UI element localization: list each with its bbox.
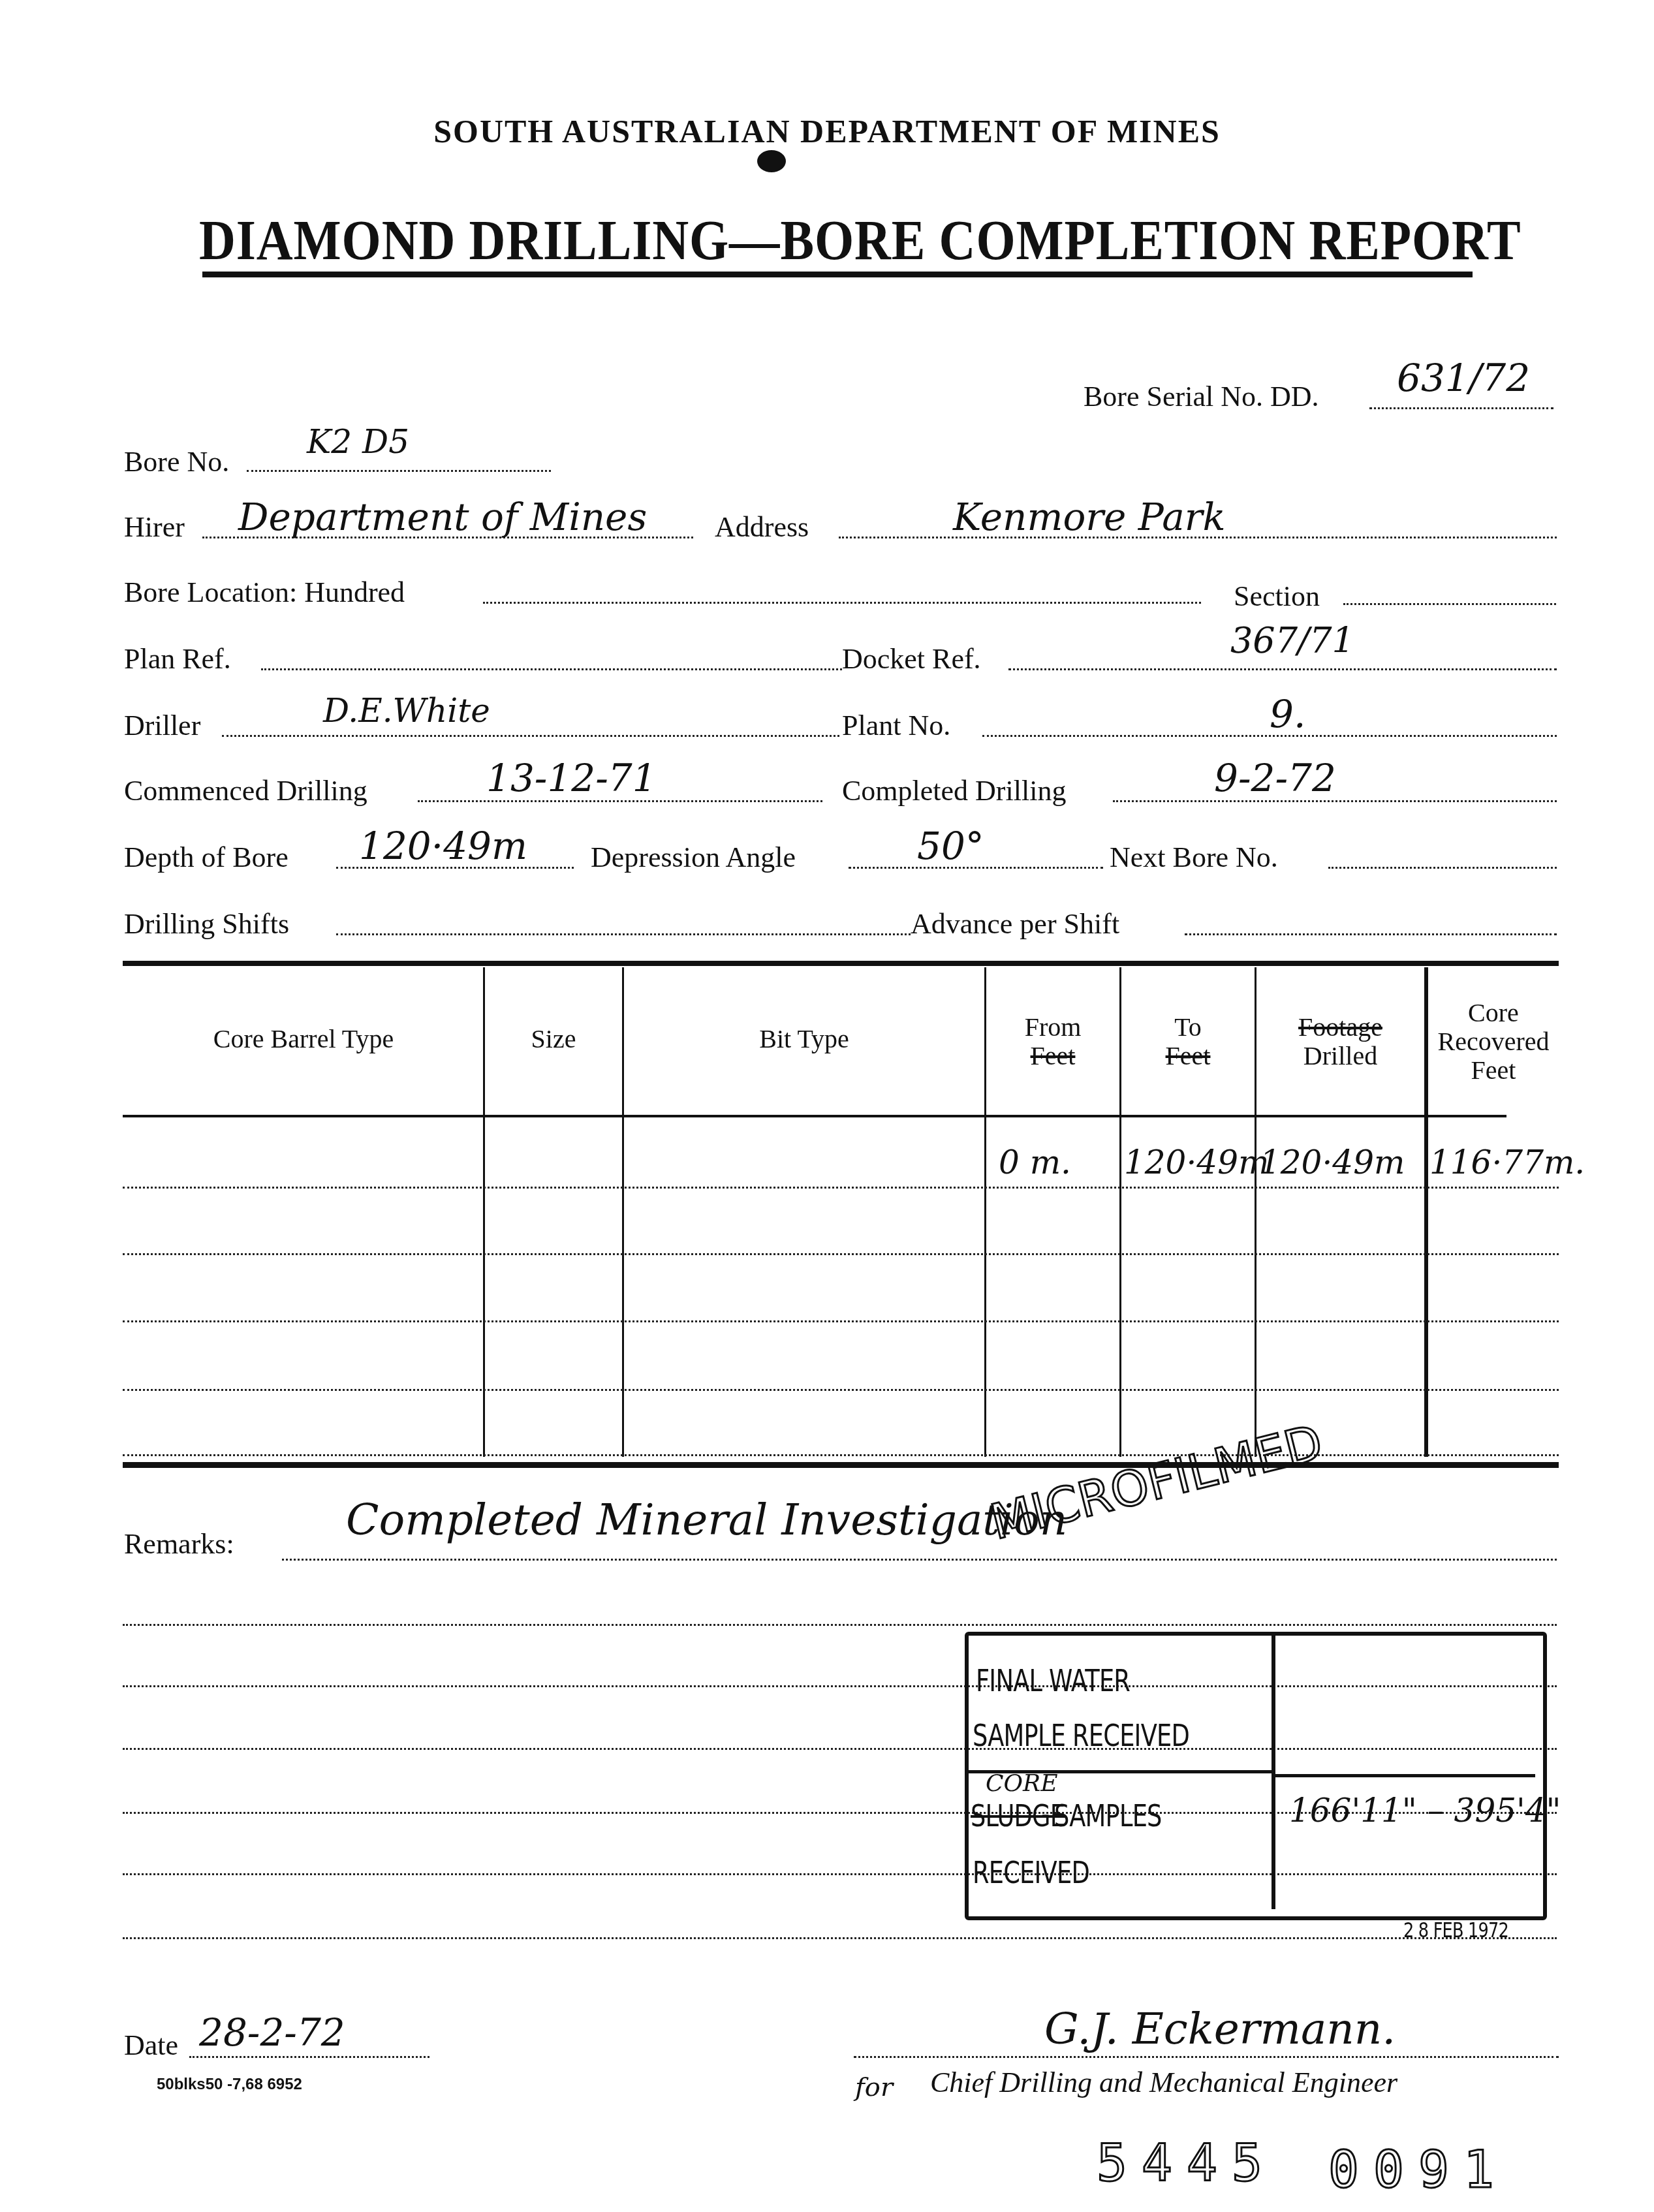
stamp-struck-sludge: SLUDGE bbox=[971, 1798, 1065, 1833]
header-from-line2-struck: Feet bbox=[986, 1042, 1119, 1070]
bore-location-label: Bore Location: Hundred bbox=[124, 576, 405, 609]
stamp-final-water: FINAL WATER bbox=[976, 1663, 1130, 1698]
docket-ref-label: Docket Ref. bbox=[842, 642, 981, 676]
header-core-barrel-type: Core Barrel Type bbox=[124, 1025, 483, 1053]
table-row-line-5 bbox=[123, 1454, 1559, 1456]
stamp-sample-received: SAMPLE RECEIVED bbox=[973, 1718, 1189, 1753]
commenced-value[interactable]: 13-12-71 bbox=[486, 756, 657, 800]
next-bore-line bbox=[1328, 867, 1557, 869]
hirer-value[interactable]: Department of Mines bbox=[238, 495, 647, 539]
row1-core-recovered[interactable]: 116·77m. bbox=[1429, 1144, 1585, 1181]
stamp-divider bbox=[1272, 1635, 1275, 1909]
plant-no-label: Plant No. bbox=[842, 709, 950, 742]
signatory-title: Chief Drilling and Mechanical Engineer bbox=[930, 2066, 1397, 2099]
next-bore-label: Next Bore No. bbox=[1110, 841, 1278, 874]
completed-label: Completed Drilling bbox=[842, 774, 1066, 807]
table-row-line-3 bbox=[123, 1320, 1559, 1322]
hirer-label: Hirer bbox=[124, 510, 185, 544]
row1-drilled[interactable]: 120·49m bbox=[1260, 1144, 1405, 1181]
depth-value[interactable]: 120·49m bbox=[359, 824, 527, 868]
department-heading: SOUTH AUSTRALIAN DEPARTMENT OF MINES bbox=[0, 112, 1654, 150]
docket-ref-value[interactable]: 367/71 bbox=[1230, 620, 1354, 661]
drilling-shifts-line bbox=[336, 933, 911, 935]
section-label: Section bbox=[1234, 580, 1320, 613]
bore-no-label: Bore No. bbox=[124, 445, 229, 478]
table-row-line-4 bbox=[123, 1389, 1559, 1391]
remarks-line-7 bbox=[123, 1937, 1557, 1939]
section-line bbox=[1343, 603, 1556, 605]
driller-line bbox=[222, 735, 839, 737]
remarks-line-2 bbox=[123, 1624, 1557, 1626]
bore-serial-line bbox=[1369, 407, 1553, 409]
stamp-received: RECEIVED bbox=[973, 1855, 1089, 1890]
driller-label: Driller bbox=[124, 709, 200, 742]
bore-serial-value[interactable]: 631/72 bbox=[1397, 356, 1530, 400]
completed-line bbox=[1113, 800, 1557, 802]
header-from-line1: From bbox=[986, 1013, 1119, 1042]
header-size: Size bbox=[485, 1025, 622, 1053]
address-label: Address bbox=[715, 510, 809, 544]
remarks-line-1 bbox=[282, 1559, 1557, 1561]
header-drilled-line1-struck: Footage bbox=[1256, 1013, 1424, 1042]
commenced-label: Commenced Drilling bbox=[124, 774, 367, 807]
row1-from[interactable]: 0 m. bbox=[999, 1144, 1071, 1181]
signature: G.J. Eckermann. bbox=[1044, 2004, 1396, 2054]
date-value[interactable]: 28-2-72 bbox=[199, 2010, 345, 2055]
print-code: 50blks50 -7,68 6952 bbox=[157, 2076, 302, 2094]
bore-no-value[interactable]: K2 D5 bbox=[307, 423, 409, 461]
title-underline bbox=[202, 272, 1473, 277]
table-row-line-1 bbox=[123, 1187, 1559, 1189]
depression-angle-value[interactable]: 50° bbox=[917, 824, 984, 868]
plan-ref-line bbox=[261, 668, 842, 670]
header-core-recovered: Core Recovered Feet bbox=[1428, 999, 1559, 1085]
header-row-rule bbox=[123, 1115, 1506, 1117]
address-value[interactable]: Kenmore Park bbox=[953, 495, 1226, 539]
header-to-line2-struck: Feet bbox=[1121, 1042, 1255, 1070]
reference-number-2: 0091 bbox=[1328, 2141, 1508, 2200]
depression-angle-label: Depression Angle bbox=[591, 841, 796, 874]
header-from: From Feet bbox=[986, 1013, 1119, 1070]
row1-to[interactable]: 120·49m bbox=[1124, 1144, 1269, 1181]
header-to-line1: To bbox=[1121, 1013, 1255, 1042]
ink-blot bbox=[757, 150, 786, 172]
header-core-line1: Core bbox=[1428, 999, 1559, 1027]
header-bit-type: Bit Type bbox=[624, 1025, 984, 1053]
stamp-core-range[interactable]: 166'11" – 395'4" bbox=[1289, 1792, 1561, 1830]
bore-no-line bbox=[247, 470, 551, 472]
table-bottom-rule bbox=[123, 1462, 1559, 1468]
advance-per-shift-line bbox=[1185, 933, 1557, 935]
driller-value[interactable]: D.E.White bbox=[323, 692, 490, 730]
date-line bbox=[189, 2056, 429, 2058]
docket-ref-line bbox=[1008, 668, 1557, 670]
depth-label: Depth of Bore bbox=[124, 841, 289, 874]
plant-no-value[interactable]: 9. bbox=[1270, 692, 1305, 736]
completed-value[interactable]: 9-2-72 bbox=[1214, 756, 1336, 800]
table-top-rule bbox=[123, 961, 1559, 966]
signature-prefix: for bbox=[855, 2072, 893, 2102]
stamp-samples: SAMPLES bbox=[1054, 1798, 1162, 1833]
stamp-core-insert: CORE bbox=[986, 1770, 1057, 1797]
advance-per-shift-label: Advance per Shift bbox=[911, 907, 1119, 941]
drilling-shifts-label: Drilling Shifts bbox=[124, 907, 289, 941]
header-core-line2: Recovered bbox=[1428, 1027, 1559, 1056]
header-drilled: Footage Drilled bbox=[1256, 1013, 1424, 1070]
stamp-mid-rule-right bbox=[1274, 1774, 1535, 1777]
report-title: DIAMOND DRILLING—BORE COMPLETION REPORT bbox=[199, 208, 1521, 273]
header-to: To Feet bbox=[1121, 1013, 1255, 1070]
date-label: Date bbox=[124, 2029, 178, 2062]
commenced-line bbox=[418, 800, 822, 802]
bore-serial-label: Bore Serial No. DD. bbox=[1084, 380, 1319, 413]
remarks-value[interactable]: Completed Mineral Investigation bbox=[346, 1495, 1067, 1545]
reference-number-1: 5445 bbox=[1097, 2134, 1277, 2193]
plan-ref-label: Plan Ref. bbox=[124, 642, 231, 676]
remarks-label: Remarks: bbox=[124, 1527, 234, 1561]
header-core-line3: Feet bbox=[1428, 1056, 1559, 1085]
stamp-date: 2 8 FEB 1972 bbox=[1403, 1918, 1508, 1942]
signature-line bbox=[854, 2056, 1559, 2058]
header-drilled-line2: Drilled bbox=[1256, 1042, 1424, 1070]
bore-location-line bbox=[483, 602, 1201, 604]
table-row-line-2 bbox=[123, 1253, 1559, 1255]
